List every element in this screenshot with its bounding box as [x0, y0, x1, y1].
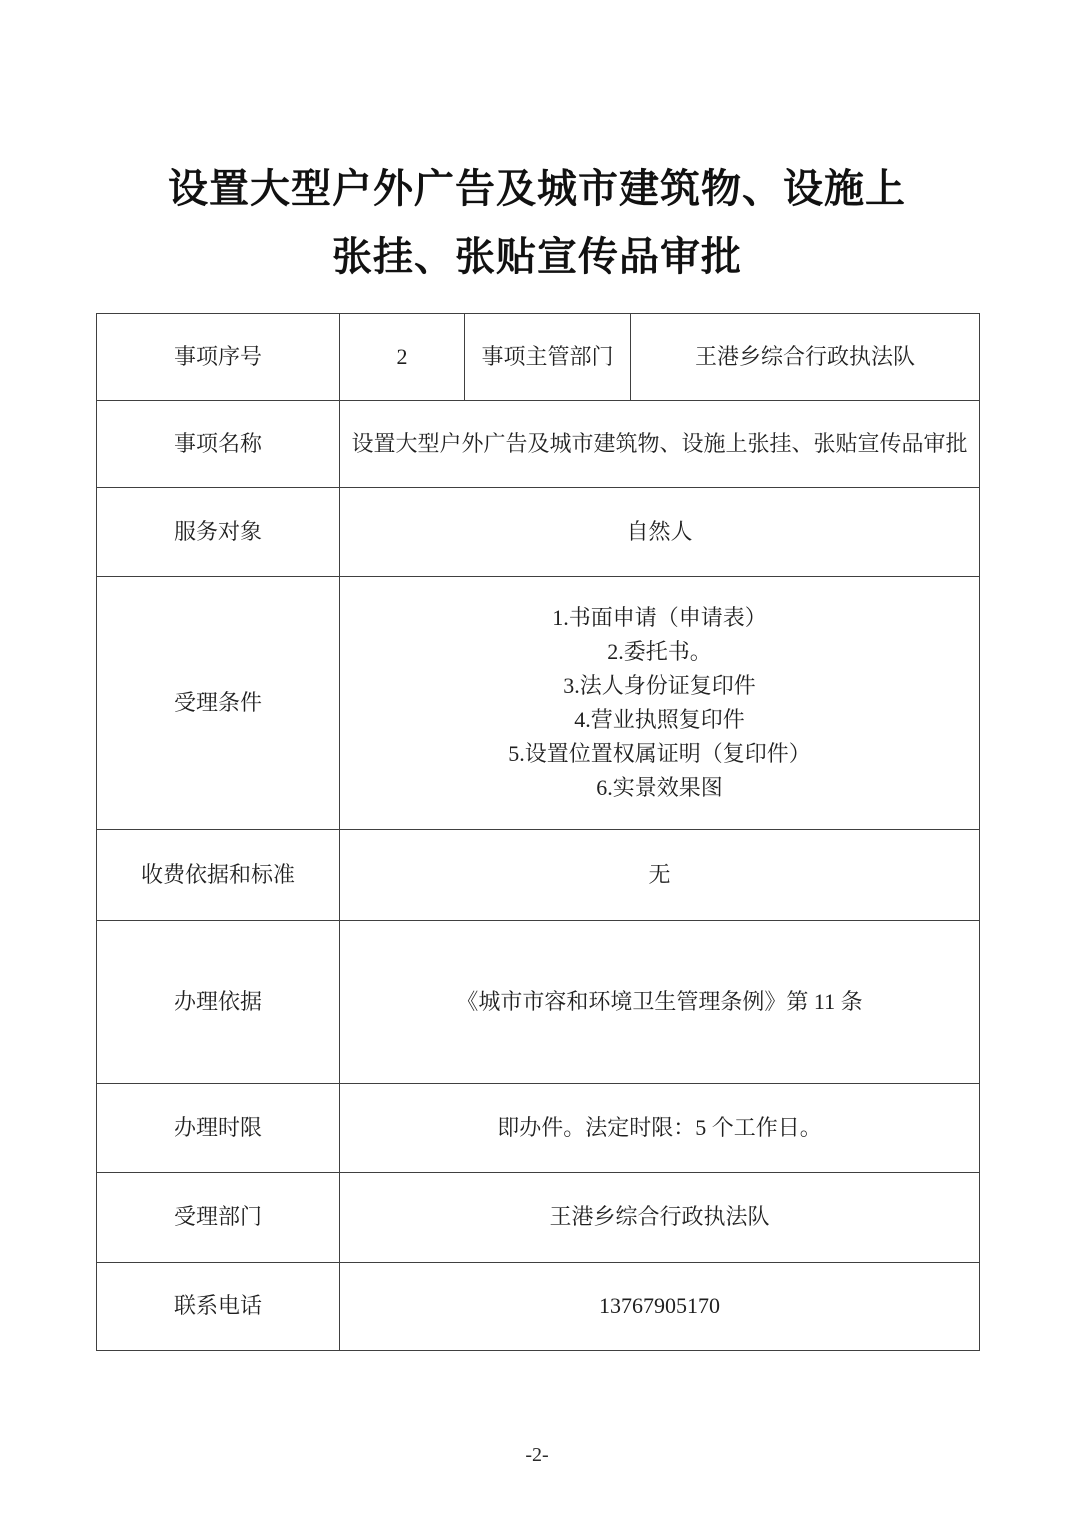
condition-line-6: 6.实景效果图 [344, 771, 975, 805]
page-number: -2- [0, 1443, 1074, 1467]
condition-line-5: 5.设置位置权属证明（复印件） [344, 737, 975, 771]
table-row-accepting-department: 受理部门 王港乡综合行政执法队 [97, 1173, 980, 1263]
accepting-department-value-cell: 王港乡综合行政执法队 [340, 1173, 980, 1263]
seq-label-cell: 事项序号 [97, 314, 340, 401]
handling-basis-label-cell: 办理依据 [97, 921, 340, 1084]
item-name-value-cell: 设置大型户外广告及城市建筑物、设施上张挂、张贴宣传品审批 [340, 401, 980, 488]
document-page: 设置大型户外广告及城市建筑物、设施上 张挂、张贴宣传品审批 事项序号 2 事项主… [0, 0, 1074, 1520]
item-name-label-cell: 事项名称 [97, 401, 340, 488]
accepting-department-label-cell: 受理部门 [97, 1173, 340, 1263]
page-title: 设置大型户外广告及城市建筑物、设施上 张挂、张贴宣传品审批 [0, 155, 1074, 291]
handling-time-limit-value-cell: 即办件。法定时限：5 个工作日。 [340, 1084, 980, 1173]
page-title-line-2: 张挂、张贴宣传品审批 [0, 223, 1074, 291]
approval-item-table: 事项序号 2 事项主管部门 王港乡综合行政执法队 事项名称 设置大型户外广告及城… [96, 313, 980, 1351]
table-row-item-name: 事项名称 设置大型户外广告及城市建筑物、设施上张挂、张贴宣传品审批 [97, 401, 980, 488]
condition-line-3: 3.法人身份证复印件 [344, 669, 975, 703]
fee-basis-label-cell: 收费依据和标准 [97, 830, 340, 921]
condition-line-2: 2.委托书。 [344, 635, 975, 669]
page-title-line-1: 设置大型户外广告及城市建筑物、设施上 [0, 155, 1074, 223]
table-row-service-target: 服务对象 自然人 [97, 488, 980, 577]
table-row-handling-basis: 办理依据 《城市市容和环境卫生管理条例》第 11 条 [97, 921, 980, 1084]
condition-line-1: 1.书面申请（申请表） [344, 601, 975, 635]
dept-value-cell: 王港乡综合行政执法队 [631, 314, 980, 401]
acceptance-conditions-value-cell: 1.书面申请（申请表） 2.委托书。 3.法人身份证复印件 4.营业执照复印件 … [340, 577, 980, 830]
service-target-label-cell: 服务对象 [97, 488, 340, 577]
table-row-fee-basis: 收费依据和标准 无 [97, 830, 980, 921]
acceptance-conditions-label-cell: 受理条件 [97, 577, 340, 830]
handling-time-limit-label-cell: 办理时限 [97, 1084, 340, 1173]
table-row-seq-dept: 事项序号 2 事项主管部门 王港乡综合行政执法队 [97, 314, 980, 401]
dept-label-cell: 事项主管部门 [465, 314, 631, 401]
contact-phone-label-cell: 联系电话 [97, 1263, 340, 1351]
table-row-contact-phone: 联系电话 13767905170 [97, 1263, 980, 1351]
handling-basis-value-cell: 《城市市容和环境卫生管理条例》第 11 条 [340, 921, 980, 1084]
contact-phone-value-cell: 13767905170 [340, 1263, 980, 1351]
fee-basis-value-cell: 无 [340, 830, 980, 921]
table-row-handling-time-limit: 办理时限 即办件。法定时限：5 个工作日。 [97, 1084, 980, 1173]
table-row-acceptance-conditions: 受理条件 1.书面申请（申请表） 2.委托书。 3.法人身份证复印件 4.营业执… [97, 577, 980, 830]
condition-line-4: 4.营业执照复印件 [344, 703, 975, 737]
service-target-value-cell: 自然人 [340, 488, 980, 577]
seq-value-cell: 2 [340, 314, 465, 401]
